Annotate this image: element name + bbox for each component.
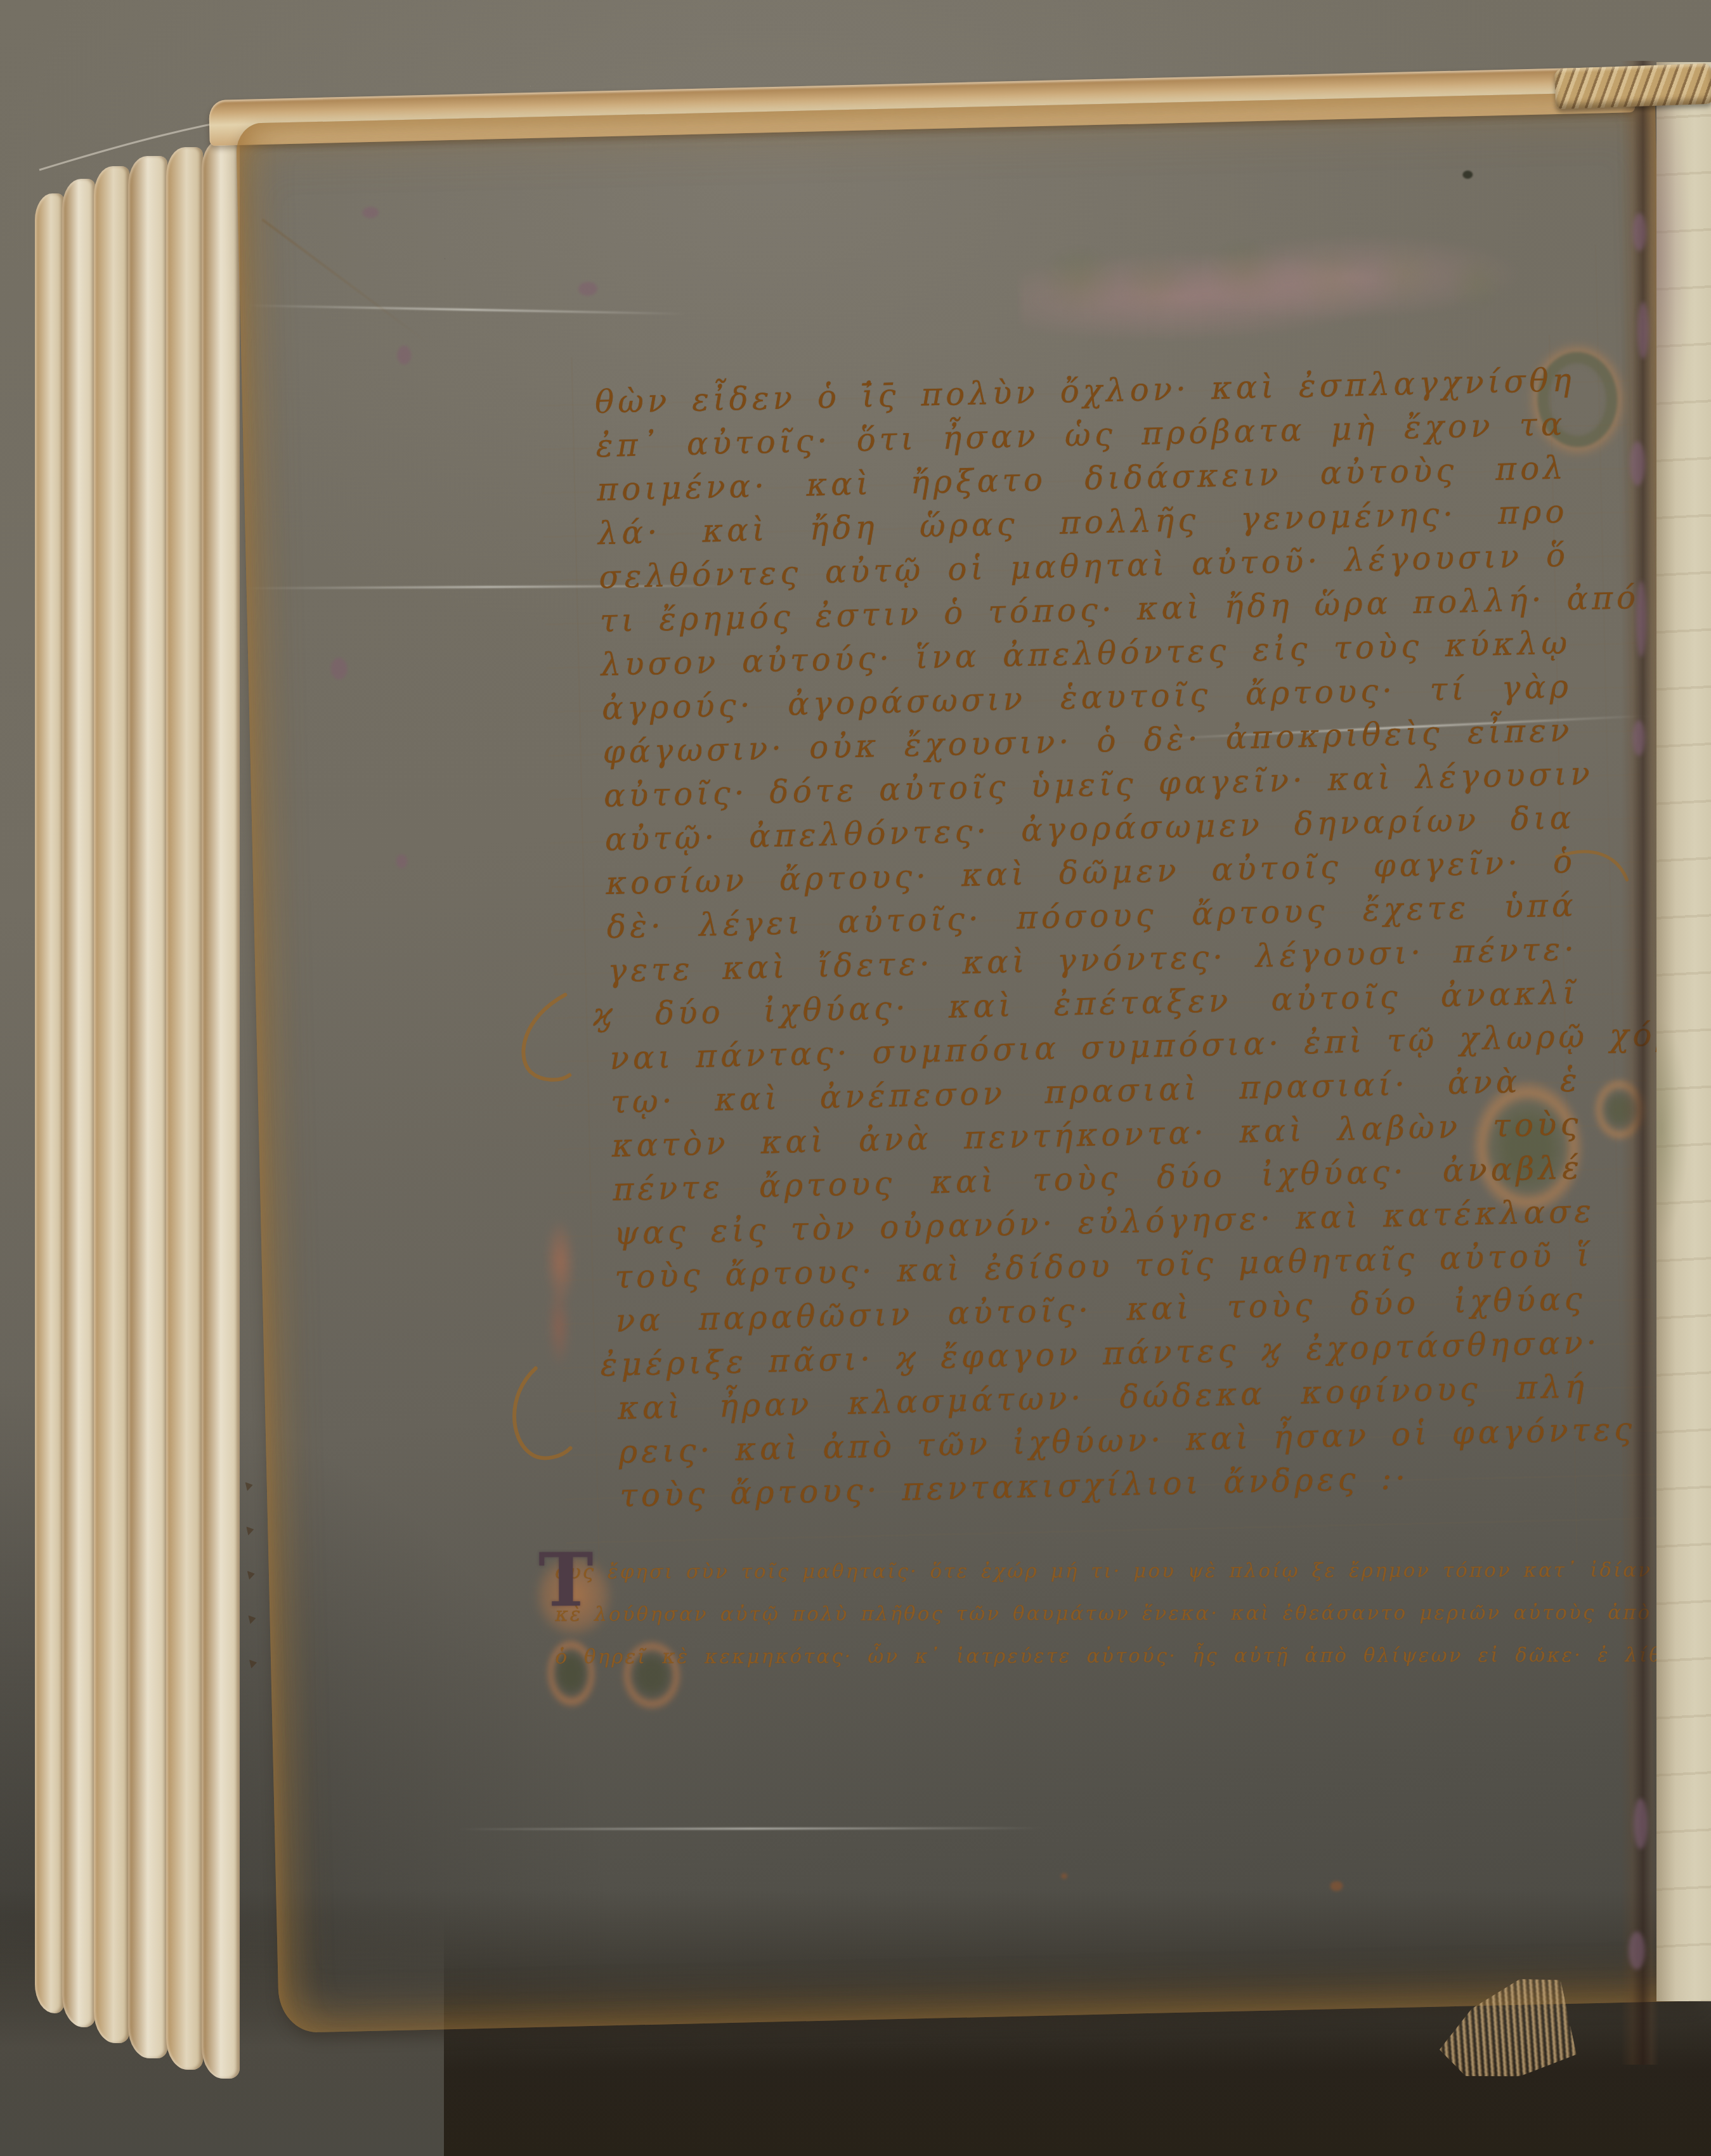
mold-speck bbox=[1634, 1798, 1648, 1849]
brown-spot bbox=[1061, 1873, 1067, 1879]
gloss-initial-letter: Τ bbox=[538, 1543, 595, 1617]
gloss-text-block: Τ ους ἔφησι σὺν τοῖς μαθηταῖς· ὅτε ἐχώρ … bbox=[555, 1549, 1676, 1679]
page-edge-strip bbox=[94, 166, 129, 2043]
page-edge-strip bbox=[166, 147, 203, 2070]
parchment-page: θὼν εἶδεν ὁ ἰ̄ς̄ πολὺν ὄχλον· καὶ ἐσπλαγ… bbox=[236, 91, 1698, 2033]
page-edge-strip bbox=[62, 179, 95, 2027]
page-edge-strip bbox=[202, 140, 240, 2079]
main-text-block: θὼν εἶδεν ὁ ἰ̄ς̄ πολὺν ὄχλον· καὶ ἐσπλαγ… bbox=[594, 359, 1590, 1518]
gloss-line: ὁ θηρεῖ κὲ κεκμηκότας· ὧν κ᾿ ἰατρεύετε α… bbox=[555, 1634, 1676, 1679]
manuscript-photo-scene: θὼν εἶδεν ὁ ἰ̄ς̄ πολὺν ὄχλον· καὶ ἐσπλαγ… bbox=[0, 0, 1711, 2156]
gloss-line: κὲ λούθησαν αὐτῷ πολὺ πλῆθος τῶν θαυμάτω… bbox=[555, 1592, 1676, 1636]
mold-speck bbox=[1629, 1932, 1645, 1970]
purple-spot bbox=[397, 346, 412, 365]
purple-spot bbox=[578, 282, 597, 296]
purple-spot bbox=[396, 854, 407, 868]
mold-speck bbox=[1636, 581, 1646, 657]
parchment-crease bbox=[248, 304, 686, 315]
facing-page-sliver bbox=[1656, 62, 1711, 2001]
mold-speck bbox=[1630, 441, 1645, 486]
page-edge-strip bbox=[35, 193, 64, 2013]
gloss-line: ους ἔφησι σὺν τοῖς μαθηταῖς· ὅτε ἐχώρ μή… bbox=[555, 1549, 1676, 1594]
page-edge-strip bbox=[128, 156, 167, 2058]
brown-spot bbox=[1330, 1881, 1343, 1891]
faded-rubric-stain bbox=[1018, 220, 1522, 342]
purple-spot bbox=[330, 658, 348, 680]
mold-speck bbox=[1632, 213, 1646, 251]
parchment-crease bbox=[459, 1827, 1042, 1830]
endband-braid bbox=[1554, 63, 1711, 110]
purple-spot bbox=[362, 207, 379, 219]
ink-speck bbox=[1462, 171, 1473, 179]
mold-speck bbox=[1637, 302, 1649, 359]
mold-speck bbox=[1632, 720, 1645, 756]
gutter-shadow bbox=[1621, 61, 1659, 2065]
corner-crease bbox=[261, 218, 431, 345]
